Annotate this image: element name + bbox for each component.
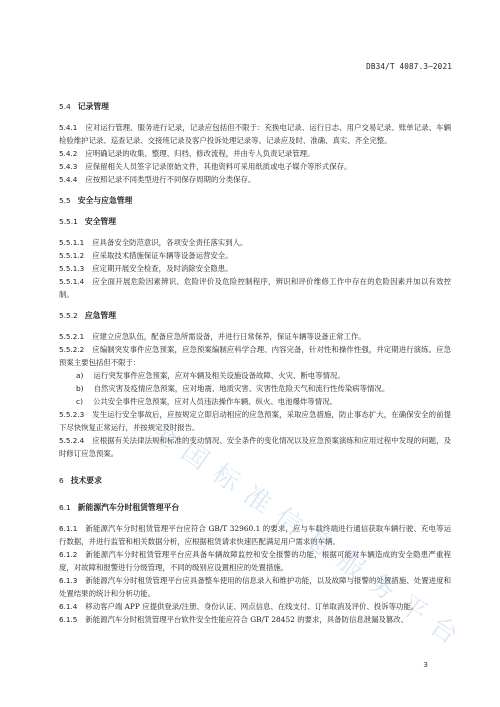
clause-6-1-2: 6.1.2新能源汽车分时租赁管理平台应具备车辆故障监控和安全报警的功能，根据可能… — [59, 548, 451, 574]
section-title: 应急管理 — [85, 311, 116, 320]
clause-text: 应具备安全防范意识，各项安全责任落实到人。 — [92, 238, 247, 247]
heading-5-4: 5.4记录管理 — [59, 100, 451, 113]
clause-number: 5.4.1 — [59, 123, 77, 132]
list-text: 运行突发事件应急预案，应对车辆及相关设施设备故障、火灾、断电等情况。 — [93, 371, 344, 380]
section-title: 新能源汽车分时租赁管理平台 — [78, 503, 179, 512]
clause-text: 新能源汽车分时租赁管理平台应具备车辆故障监控和安全报警的功能，根据可能对车辆造成… — [59, 550, 451, 572]
document-body: 5.4记录管理 5.4.1应对运行管理、服务进行记录，记录应包括但不限于：充换电… — [59, 100, 451, 626]
clause-text: 应按照记录不同类型进行不同保存周期的分类保存。 — [85, 175, 255, 184]
section-number: 5.5 — [59, 196, 71, 205]
clause-text: 应采取技术措施保证车辆等设备运营安全。 — [92, 251, 232, 260]
clause-6-1-5: 6.1.5新能源汽车分时租赁管理平台软件安全性能应符合 GB/T 28452 的… — [59, 613, 451, 626]
list-text: 自然灾害及疫情应急预案，应对地震、地质灾害、灾害性危险天气和流行性传染病等情况。 — [94, 384, 390, 393]
clause-text: 新能源汽车分时租赁管理平台应符合 GB/T 32960.1 的要求，应与车载终端… — [59, 524, 451, 546]
clause-number: 5.5.2.3 — [59, 410, 84, 419]
section-title: 安全与应急管理 — [78, 196, 133, 205]
section-title: 记录管理 — [78, 102, 109, 111]
section-number: 6.1 — [59, 503, 71, 512]
list-item-b: b)自然灾害及疫情应急预案，应对地震、地质灾害、灾害性危险天气和流行性传染病等情… — [59, 382, 451, 395]
clause-5-5-2-3: 5.5.2.3发生运行安全事故后，应按规定立即启动相应的应急预案，采取应急措施，… — [59, 408, 451, 434]
clause-number: 5.5.2.1 — [59, 332, 84, 341]
document-id: DB34/T 4087.3—2021 — [366, 62, 452, 71]
clause-6-1-4: 6.1.4移动客户端 APP 应提供登录/注册、身份认证、网点信息、在线支付、订… — [59, 600, 451, 613]
clause-number: 5.5.2.4 — [59, 436, 84, 445]
clause-5-4-4: 5.4.4应按照记录不同类型进行不同保存周期的分类保存。 — [59, 173, 451, 186]
clause-5-4-1: 5.4.1应对运行管理、服务进行记录，记录应包括但不限于：充换电记录、运行日志、… — [59, 121, 451, 147]
clause-number: 5.5.2.2 — [59, 345, 84, 354]
clause-5-5-1-4: 5.5.1.4应全面开展危险因素辨识、危险评价及危险控制程序，辨识和评价维修工作… — [59, 275, 451, 301]
clause-text: 发生运行安全事故后，应按规定立即启动相应的应急预案，采取应急措施，防止事态扩大，… — [59, 410, 451, 432]
clause-text: 新能源汽车分时租赁管理平台应具备整车使用的信息录入和维护功能，以及故障与报警的处… — [59, 576, 451, 598]
clause-text: 移动客户端 APP 应提供登录/注册、身份认证、网点信息、在线支付、订单取消及评… — [85, 602, 418, 611]
heading-5-5-1: 5.5.1安全管理 — [59, 215, 451, 228]
clause-text: 应明确记录的收集、整理、归档、修改流程，并由专人负责记录管理。 — [85, 149, 314, 158]
section-number: 6 — [59, 476, 64, 485]
clause-text: 应编制突发事件应急预案，应急预案编制应科学合理、内容完备，针对性和操作性强，并定… — [59, 345, 451, 367]
section-title: 技术要求 — [71, 476, 102, 485]
heading-5-5-2: 5.5.2应急管理 — [59, 309, 451, 322]
heading-5-5: 5.5安全与应急管理 — [59, 194, 451, 207]
clause-number: 6.1.2 — [59, 550, 77, 559]
section-number: 5.5.2 — [59, 311, 78, 320]
clause-number: 5.4.4 — [59, 175, 77, 184]
list-item-c: c)公共安全事件应急预案，应对人员违法操作车辆、纵火、电池爆炸等情况。 — [59, 395, 451, 408]
clause-text: 应根据有关法律法规和标准的变动情况、安全条件的变化情况以及应急预案演练和应用过程… — [59, 436, 451, 458]
document-page: DB34/T 4087.3—2021 5.4记录管理 5.4.1应对运行管理、服… — [0, 0, 500, 707]
clause-number: 5.5.1.1 — [59, 238, 84, 247]
clause-5-4-2: 5.4.2应明确记录的收集、整理、归档、修改流程，并由专人负责记录管理。 — [59, 147, 451, 160]
clause-5-4-3: 5.4.3应保留相关人员签字记录原始文件，其他资料可采用纸质或电子媒介等形式保存… — [59, 160, 451, 173]
clause-5-5-1-3: 5.5.1.3应定期开展安全检查，及时消除安全隐患。 — [59, 262, 451, 275]
clause-5-5-1-2: 5.5.1.2应采取技术措施保证车辆等设备运营安全。 — [59, 249, 451, 262]
clause-text: 应定期开展安全检查，及时消除安全隐患。 — [92, 264, 232, 273]
clause-number: 6.1.5 — [59, 615, 77, 624]
clause-number: 6.1.1 — [59, 524, 77, 533]
list-text: 公共安全事件应急预案，应对人员违法操作车辆、纵火、电池爆炸等情况。 — [93, 397, 337, 406]
list-label: a) — [76, 371, 83, 380]
clause-number: 5.4.3 — [59, 162, 77, 171]
section-number: 5.4 — [59, 102, 71, 111]
clause-number: 6.1.4 — [59, 602, 77, 611]
clause-5-5-2-4: 5.5.2.4应根据有关法律法规和标准的变动情况、安全条件的变化情况以及应急预案… — [59, 434, 451, 460]
clause-5-5-2-2: 5.5.2.2应编制突发事件应急预案，应急预案编制应科学合理、内容完备，针对性和… — [59, 343, 451, 369]
list-label: c) — [76, 397, 83, 406]
heading-6: 6技术要求 — [59, 474, 451, 487]
list-item-a: a)运行突发事件应急预案，应对车辆及相关设施设备故障、火灾、断电等情况。 — [59, 369, 451, 382]
section-title: 安全管理 — [85, 217, 116, 226]
list-label: b) — [76, 384, 84, 393]
clause-text: 应建立应急队伍，配备应急所需设备，并进行日常保养，保证车辆等设备正常工作。 — [92, 332, 365, 341]
clause-5-5-2-1: 5.5.2.1应建立应急队伍，配备应急所需设备，并进行日常保养，保证车辆等设备正… — [59, 330, 451, 343]
clause-6-1-3: 6.1.3新能源汽车分时租赁管理平台应具备整车使用的信息录入和维护功能，以及故障… — [59, 574, 451, 600]
page-number: 3 — [423, 660, 428, 669]
clause-number: 5.5.1.2 — [59, 251, 84, 260]
clause-5-5-1-1: 5.5.1.1应具备安全防范意识，各项安全责任落实到人。 — [59, 236, 451, 249]
clause-text: 应全面开展危险因素辨识、危险评价及危险控制程序，辨识和评价维修工作中存在的危险因… — [59, 277, 451, 299]
clause-number: 5.5.1.3 — [59, 264, 84, 273]
clause-number: 5.5.1.4 — [59, 277, 84, 286]
clause-text: 新能源汽车分时租赁管理平台软件安全性能应符合 GB/T 28452 的要求，具备… — [85, 615, 408, 624]
clause-number: 6.1.3 — [59, 576, 77, 585]
clause-number: 5.4.2 — [59, 149, 77, 158]
clause-text: 应保留相关人员签字记录原始文件，其他资料可采用纸质或电子媒介等形式保存。 — [85, 162, 351, 171]
clause-text: 应对运行管理、服务进行记录，记录应包括但不限于：充换电记录、运行日志、用户交易记… — [59, 123, 451, 145]
section-number: 5.5.1 — [59, 217, 78, 226]
heading-6-1: 6.1新能源汽车分时租赁管理平台 — [59, 501, 451, 514]
clause-6-1-1: 6.1.1新能源汽车分时租赁管理平台应符合 GB/T 32960.1 的要求，应… — [59, 522, 451, 548]
